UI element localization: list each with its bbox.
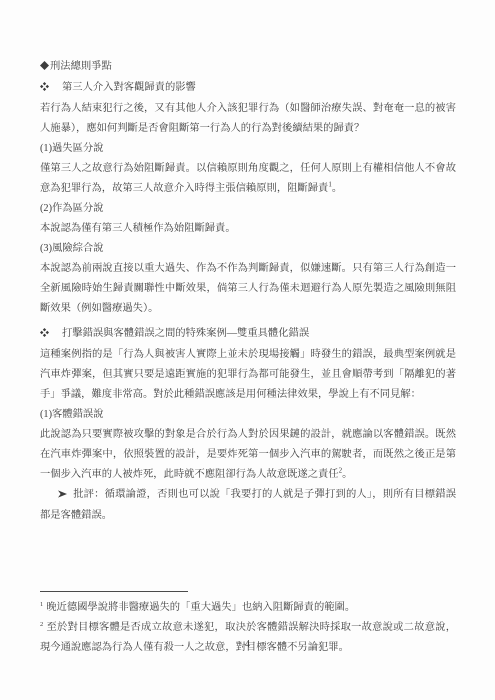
- item-body-text: 僅第三人之故意行為始阻斷歸責。以信賴原則角度觀之，任何人原則上有權相信他人不會故…: [40, 163, 456, 194]
- section-intro: 若行為人結束犯行之後，又有其他人介入該犯罪行為（如醫師治療失誤、對奄奄一息的被害…: [40, 99, 456, 139]
- footnote-separator: [40, 591, 188, 592]
- item-label: (1)過失區分說: [40, 139, 456, 159]
- footnote-number: 2: [40, 621, 43, 628]
- section-heading-2: 打擊錯誤與客體錯誤之間的特殊案例—雙重具體化錯誤: [40, 324, 456, 345]
- black-diamond-bullet-icon: [40, 58, 49, 78]
- four-diamond-bullet-icon: [40, 79, 62, 99]
- document-page: 刑法總則爭點 第三人介入對客觀歸責的影響 若行為人結束犯行之後，又有其他人介入該…: [0, 0, 495, 700]
- section-intro: 這種案例指的是「行為人與被害人實際上並未於現場接觸」時發生的錯誤，最典型案例就是…: [40, 345, 456, 405]
- footnote: 2至於對目標客體是否成立故意未遂犯，取決於客體錯誤解決時採取一故意說或二故意說，…: [40, 618, 456, 658]
- item-body-text: 此說認為只要實際被攻擊的對象是合於行為人對於因果鏈的設計，就應論以客體錯誤。既然…: [40, 429, 456, 480]
- footnote-number: 1: [40, 601, 43, 608]
- item-label: (2)作為區分說: [40, 199, 456, 219]
- footnote-text: 晚近德國學說將非醫療過失的「重大過失」也納入阻斷歸責的範圍。: [46, 602, 355, 613]
- doc-title: 刑法總則爭點: [40, 57, 456, 78]
- critique-item: 批評：循環論證，否則也可以說「我要打的人就是子彈打到的人」，則所有目標錯誤都是客…: [40, 485, 456, 526]
- doc-title-text: 刑法總則爭點: [50, 61, 112, 72]
- item-body: 僅第三人之故意行為始阻斷歸責。以信賴原則角度觀之，任何人原則上有權相信他人不會故…: [40, 159, 456, 199]
- page-number: 4: [0, 639, 495, 650]
- item-body: 此說認為只要實際被攻擊的對象是合於行為人對於因果鏈的設計，就應論以客體錯誤。既然…: [40, 425, 456, 485]
- item-body: 本說認為前兩說直接以重大過失、作為不作為判斷歸責，似嫌速斷。只有第三人行為創造一…: [40, 259, 456, 319]
- section-heading-text: 打擊錯誤與客體錯誤之間的特殊案例—雙重具體化錯誤: [62, 328, 309, 339]
- section-heading-text: 第三人介入對客觀歸責的影響: [62, 82, 196, 93]
- four-diamond-bullet-icon: [40, 325, 62, 345]
- section-heading-1: 第三人介入對客觀歸責的影響: [40, 78, 456, 99]
- item-label: (1)客體錯誤說: [40, 405, 456, 425]
- item-body-text-end: 。: [342, 469, 352, 480]
- item-body-text-end: 。: [332, 183, 342, 194]
- footnote: 1晚近德國學說將非醫療過失的「重大過失」也納入阻斷歸責的範圍。: [40, 598, 456, 618]
- item-body: 本說認為僅有第三人積極作為始阻斷歸責。: [40, 219, 456, 239]
- item-label: (3)風險綜合說: [40, 239, 456, 259]
- critique-text: 批評：循環論證，否則也可以說「我要打的人就是子彈打到的人」，則所有目標錯誤都是客…: [40, 489, 456, 521]
- arrow-bullet-icon: [49, 486, 67, 506]
